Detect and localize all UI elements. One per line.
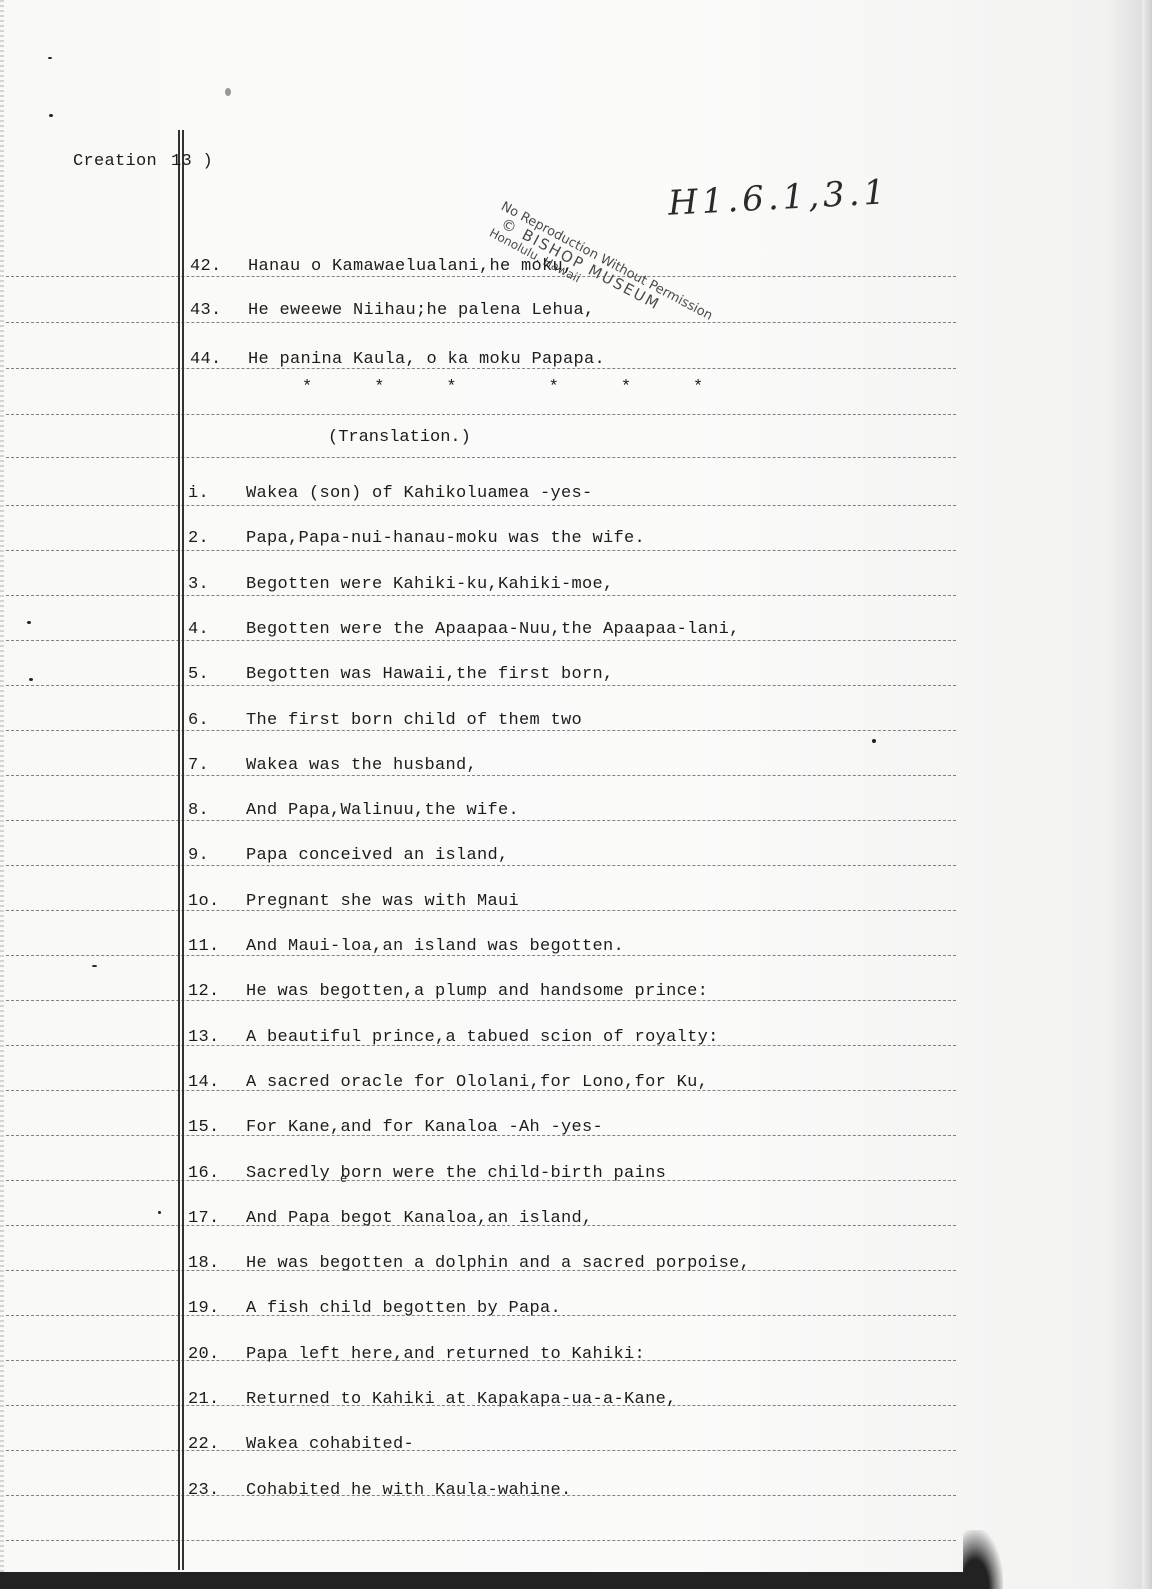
verse-text: He panina Kaula, o ka moku Papapa. [248,350,605,369]
verse-text: He was begotten a dolphin and a sacred p… [246,1254,750,1273]
verse-text: Wakea (son) of Kahikoluamea -yes- [246,484,593,503]
verse-number: 11. [188,937,246,956]
verse-line: 5.Begotten was Hawaii,the first born, [188,665,614,684]
scan-speck [27,621,31,624]
verse-text: And Papa,Walinuu,the wife. [246,801,519,820]
verse-text: And Papa begot Kanaloa,an island, [246,1209,593,1228]
ruled-line [6,505,956,506]
verse-line: 16.Sacredly born were the child-birth pa… [188,1164,666,1183]
verse-number: 2. [188,529,246,548]
verse-number: 21. [188,1390,246,1409]
verse-number: 8. [188,801,246,820]
scanned-page: Creation13 ) H1.6.1,3.1 No Reproduction … [0,0,1152,1589]
verse-number: 3. [188,575,246,594]
verse-text: Cohabited he with Kaula-wahine. [246,1481,572,1500]
section-label: Creation [73,152,157,171]
verse-number: 20. [188,1345,246,1364]
verse-text: Papa conceived an island, [246,846,509,865]
scan-bottom-shadow [0,1572,965,1589]
catalog-number: H1.6.1,3.1 [667,172,890,224]
verse-line: 18.He was begotten a dolphin and a sacre… [188,1254,750,1273]
verse-number: 13. [188,1028,246,1047]
ruled-line [6,550,956,551]
verse-line: 22.Wakea cohabited- [188,1435,414,1454]
scan-speck [872,739,876,743]
verse-text: Begotten was Hawaii,the first born, [246,665,614,684]
verse-line: 20.Papa left here,and returned to Kahiki… [188,1345,645,1364]
separator-star: * [446,378,478,397]
verse-number: 4. [188,620,246,639]
verse-line: 21.Returned to Kahiki at Kapakapa-ua-a-K… [188,1390,677,1409]
verse-line: 43.He eweewe Niihau;he palena Lehua, [190,301,595,320]
verse-line: 15.For Kane,and for Kanaloa -Ah -yes- [188,1118,603,1137]
verse-line: 7.Wakea was the husband, [188,756,477,775]
verse-text: Papa left here,and returned to Kahiki: [246,1345,645,1364]
verse-line: 12.He was begotten,a plump and handsome … [188,982,708,1001]
verse-text: He eweewe Niihau;he palena Lehua, [248,301,595,320]
verse-line: 8.And Papa,Walinuu,the wife. [188,801,519,820]
scan-speck [48,57,52,59]
margin-line-left [178,130,180,1570]
verse-text: Hanau o Kamawaelualani,he moku, [248,257,574,276]
verse-number: i. [188,484,246,503]
verse-text: Sacredly born were the child-birth pains [246,1164,666,1183]
verse-text: For Kane,and for Kanaloa -Ah -yes- [246,1118,603,1137]
ruled-line [6,1450,956,1451]
verse-text: A sacred oracle for Ololani,for Lono,for… [246,1073,708,1092]
verse-line: 42.Hanau o Kamawaelualani,he moku, [190,257,574,276]
scan-speck [29,678,33,681]
translation-heading: (Translation.) [328,428,471,447]
ruled-line [6,685,956,686]
ruled-line [6,1540,956,1541]
ruled-line [6,595,956,596]
verse-number: 9. [188,846,246,865]
verse-text: The first born child of them two [246,711,582,730]
ruled-line [6,414,956,415]
verse-number: 23. [188,1481,246,1500]
scan-speck [49,114,53,117]
verse-text: Begotten were the Apaapaa-Nuu,the Apaapa… [246,620,740,639]
verse-text: Wakea was the husband, [246,756,477,775]
margin-line-right [182,130,184,1570]
page-left-edge [0,0,4,1589]
scan-speck [225,88,231,96]
verse-line: 3.Begotten were Kahiki-ku,Kahiki-moe, [188,575,614,594]
ruled-line [6,820,956,821]
verse-line: 11.And Maui-loa,an island was begotten. [188,937,624,956]
scan-corner-shadow [963,1530,1003,1589]
separator-star: * [374,378,406,397]
verse-number: 5. [188,665,246,684]
verse-text: A beautiful prince,a tabued scion of roy… [246,1028,719,1047]
verse-line: i.Wakea (son) of Kahikoluamea -yes- [188,484,593,503]
separator-star: * [549,378,581,397]
verse-text: Papa,Papa-nui-hanau-moku was the wife. [246,529,645,548]
verse-text: Begotten were Kahiki-ku,Kahiki-moe, [246,575,614,594]
verse-line: 1o.Pregnant she was with Maui [188,892,519,911]
ruled-line [6,730,956,731]
page-right-shadow [1142,0,1152,1589]
verse-number: 1o. [188,892,246,911]
verse-line: 19.A fish child begotten by Papa. [188,1299,561,1318]
separator-star: * [693,378,725,397]
verse-line: 44.He panina Kaula, o ka moku Papapa. [190,350,605,369]
verse-number: 44. [190,350,248,369]
verse-number: 22. [188,1435,246,1454]
verse-line: 9.Papa conceived an island, [188,846,509,865]
verse-line: 14.A sacred oracle for Ololani,for Lono,… [188,1073,708,1092]
ruled-line [6,640,956,641]
verse-line: 17.And Papa begot Kanaloa,an island, [188,1209,593,1228]
verse-number: 6. [188,711,246,730]
handwritten-insertion-mark: e [340,1172,347,1186]
verse-number: 12. [188,982,246,1001]
verse-text: Wakea cohabited- [246,1435,414,1454]
verse-line: 2.Papa,Papa-nui-hanau-moku was the wife. [188,529,645,548]
verse-number: 15. [188,1118,246,1137]
verse-text: And Maui-loa,an island was begotten. [246,937,624,956]
scan-speck [92,965,97,967]
page-heading: Creation13 ) [73,152,213,171]
insertion-letter: e [340,1172,347,1186]
verse-line: 13.A beautiful prince,a tabued scion of … [188,1028,719,1047]
verse-number: 7. [188,756,246,775]
verse-number: 42. [190,257,248,276]
verse-text: Returned to Kahiki at Kapakapa-ua-a-Kane… [246,1390,677,1409]
ruled-line [6,457,956,458]
verse-number: 16. [188,1164,246,1183]
verse-number: 14. [188,1073,246,1092]
verse-number: 43. [190,301,248,320]
section-separator: ****** [302,378,765,397]
scan-speck [158,1211,161,1214]
ruled-line [6,775,956,776]
verse-line: 4.Begotten were the Apaapaa-Nuu,the Apaa… [188,620,740,639]
page-number: 13 ) [171,152,213,171]
separator-star: * [621,378,653,397]
verse-line: 6.The first born child of them two [188,711,582,730]
verse-number: 17. [188,1209,246,1228]
verse-number: 18. [188,1254,246,1273]
verse-text: A fish child begotten by Papa. [246,1299,561,1318]
verse-text: Pregnant she was with Maui [246,892,519,911]
separator-star: * [302,378,334,397]
verse-text: He was begotten,a plump and handsome pri… [246,982,708,1001]
verse-line: 23.Cohabited he with Kaula-wahine. [188,1481,572,1500]
verse-number: 19. [188,1299,246,1318]
